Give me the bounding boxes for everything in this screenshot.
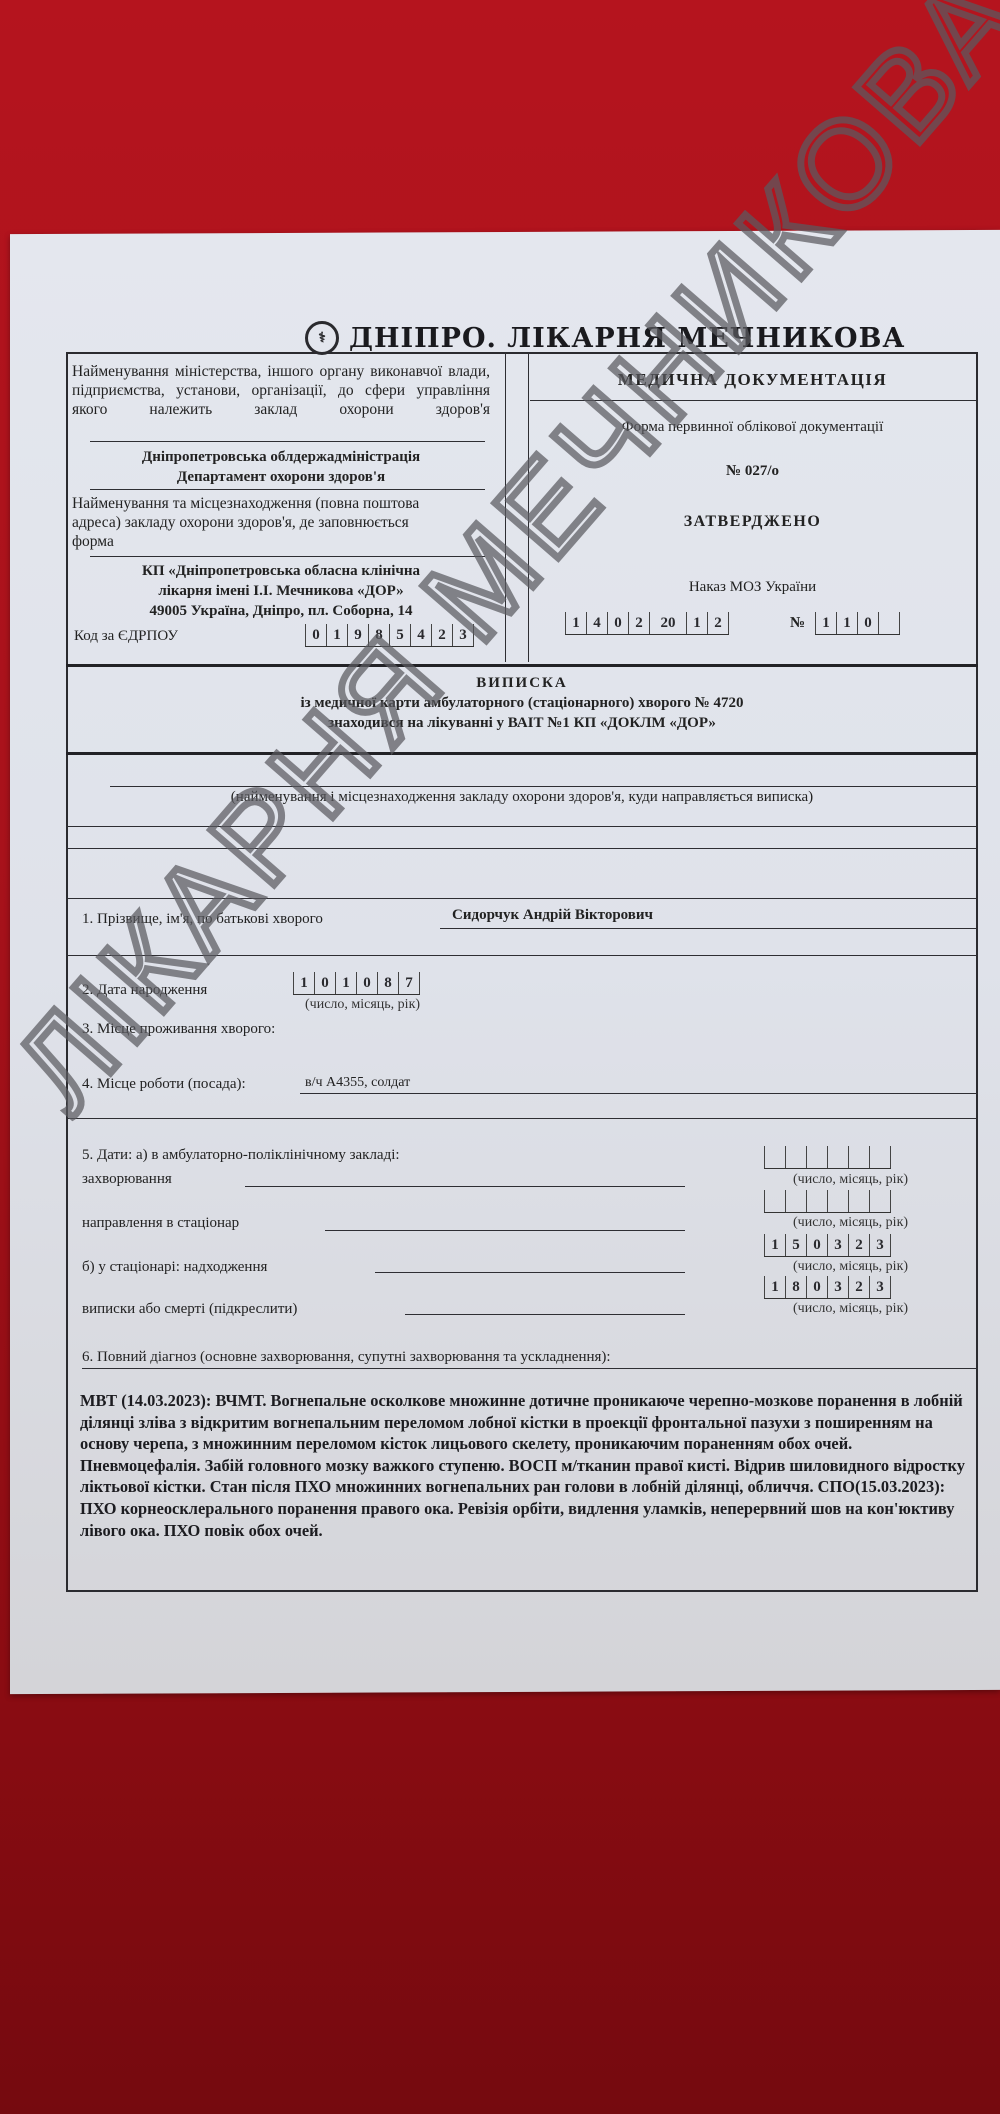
digit-box: 1 [815,612,836,634]
facility-label: Найменування та місцезнаходження (повна … [72,494,452,551]
digit-box [827,1146,848,1168]
admission-caption: (число, місяць, рік) [793,1259,908,1275]
line [66,848,978,849]
line [405,1314,685,1315]
patient-name-label: 1. Прізвище, ім'я, по батькові хворого [82,910,323,929]
digit-box [869,1146,891,1168]
facility-value-1: КП «Дніпропетровська обласна клінічна [72,562,490,581]
digit-box: 5 [785,1234,806,1256]
digit-box [806,1190,827,1212]
digit-box: 1 [565,612,586,634]
approved-label: ЗАТВЕРДЖЕНО [530,512,975,531]
line [530,400,977,401]
digit-box [848,1190,869,1212]
digit-box: 0 [305,624,326,646]
form-label: Форма первинної облікової документації [530,418,975,437]
digit-box: 2 [848,1234,869,1256]
digit-box [869,1190,891,1212]
digit-box: 0 [806,1234,827,1256]
digit-box: 3 [827,1276,848,1298]
digit-box: 8 [785,1276,806,1298]
patient-name: Сидорчук Андрій Вікторович [452,906,653,925]
illness-label: захворювання [82,1170,172,1189]
digit-box: 4 [586,612,607,634]
digit-box: 2 [848,1276,869,1298]
order-number-sign: № [790,614,805,633]
digit-box: 0 [806,1276,827,1298]
admission-date: 150323 [764,1234,891,1257]
illness-caption: (число, місяць, рік) [793,1172,908,1188]
form-number: № 027/о [530,462,975,481]
digit-box: 3 [869,1276,891,1298]
header-divider [505,352,506,662]
edrpou-code: 01985423 [305,624,474,647]
facility-address: 49005 Україна, Дніпро, пл. Соборна, 14 [72,602,490,621]
facility-value-2: лікарня імені І.І. Мечникова «ДОР» [72,582,490,601]
work-value: в/ч А4355, солдат [305,1073,410,1092]
extract-line-2: знаходився на лікуванні у ВАІТ №1 КП «ДО… [66,714,978,733]
digit-box [785,1190,806,1212]
discharge-caption: (число, місяць, рік) [793,1301,908,1317]
line [90,556,485,557]
digit-box: 0 [607,612,628,634]
referral-caption: (число, місяць, рік) [793,1215,908,1231]
digit-box [806,1146,827,1168]
digit-box: 5 [389,624,410,646]
digit-box: 2 [707,612,729,634]
digit-box: 0 [857,612,878,634]
dob-caption: (число, місяць, рік) [305,997,420,1013]
discharge-date: 180323 [764,1276,891,1299]
digit-box: 1 [686,612,707,634]
digit-box: 1 [293,972,314,994]
diagnosis-text: МВТ (14.03.2023): ВЧМТ. Вогнепальне оско… [80,1390,970,1541]
dates-label: 5. Дати: а) в амбулаторно-поліклінічному… [82,1146,400,1165]
ministry-value-2: Департамент охорони здоров'я [72,468,490,487]
digit-box: 7 [398,972,420,994]
work-label: 4. Місце роботи (посада): [82,1075,246,1094]
digit-box: 0 [356,972,377,994]
line [90,489,485,490]
line [66,752,978,755]
digit-box: 3 [869,1234,891,1256]
digit-box: 2 [628,612,649,634]
digit-box: 9 [347,624,368,646]
hospital-name: ДНІПРО. ЛІКАРНЯ МЕЧНИКОВА [349,323,905,354]
referral-date [764,1190,891,1213]
digit-box [764,1146,785,1168]
digit-box: 2 [431,624,452,646]
order-label: Наказ МОЗ України [530,578,975,597]
line [82,1368,978,1369]
digit-box: 3 [452,624,474,646]
ministry-value-1: Дніпропетровська облдержадміністрація [72,448,490,467]
digit-box: 4 [410,624,431,646]
discharge-label: виписки або смерті (підкреслити) [82,1300,297,1319]
digit-box [827,1190,848,1212]
line [110,786,978,787]
digit-box: 8 [368,624,389,646]
line [325,1230,685,1231]
extract-line-1: із медичної карти амбулаторного (стаціон… [66,694,978,713]
illness-date [764,1146,891,1169]
digit-box: 0 [314,972,335,994]
diagnosis-label: 6. Повний діагноз (основне захворювання,… [82,1348,611,1367]
digit-box [848,1146,869,1168]
line [66,664,978,667]
line [66,826,978,827]
line [66,898,978,899]
line [90,441,485,442]
residence-label: 3. Місце проживання хворого: [82,1020,275,1039]
digit-box [785,1146,806,1168]
header-divider-inner [528,352,529,662]
digit-box: 1 [764,1276,785,1298]
order-date: 14022012 [565,612,729,635]
line [66,955,978,956]
hospital-emblem-icon: ⚕ [305,321,339,355]
line [375,1272,685,1273]
admission-label: б) у стаціонарі: надходження [82,1258,267,1277]
dob-digits: 101087 [293,972,420,995]
ministry-label: Найменування міністерства, іншого органу… [72,362,490,419]
digit-box: 1 [836,612,857,634]
digit-box: 8 [377,972,398,994]
referral-label: направлення в стаціонар [82,1214,239,1233]
dob-label: 2. Дата народження [82,981,207,1000]
digit-box [878,612,900,634]
line [300,1093,978,1094]
destination-caption: (найменування і місцезнаходження закладу… [66,788,978,807]
digit-box [764,1190,785,1212]
extract-title: ВИПИСКА [66,674,978,693]
digit-box: 1 [764,1234,785,1256]
edrpou-label: Код за ЄДРПОУ [74,627,178,646]
line [440,928,978,929]
order-number: 110 [815,612,900,635]
digit-box: 3 [827,1234,848,1256]
line [66,1118,978,1119]
med-doc-title: МЕДИЧНА ДОКУМЕНТАЦІЯ [530,370,975,389]
digit-box: 1 [335,972,356,994]
digit-box: 1 [326,624,347,646]
line [245,1186,685,1187]
digit-box: 20 [649,612,686,634]
